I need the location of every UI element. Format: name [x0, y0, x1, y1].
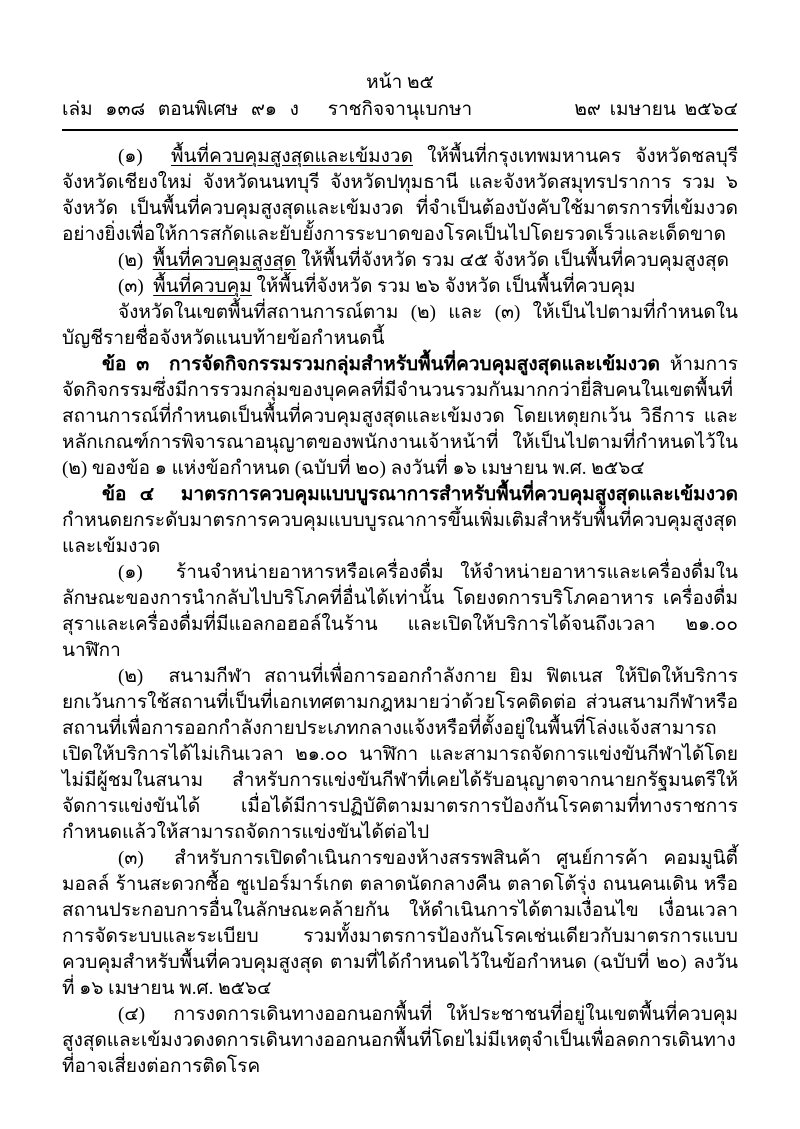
text-run: ให้พื้นที่จังหวัด รวม ๔๕ จังหวัด เป็นพื้… [296, 250, 729, 271]
page: หน้า ๒๕ เล่ม ๑๓๘ ตอนพิเศษ ๙๑ ง ราชกิจจาน… [0, 0, 800, 1129]
document-body: (๑) พื้นที่ควบคุมสูงสุดและเข้มงวด ให้พื้… [62, 144, 738, 1080]
bold-run: ข้อ ๔ มาตรการควบคุมแบบบูรณาการสำหรับพื้น… [102, 484, 738, 505]
para-area-max-control-strict: (๑) พื้นที่ควบคุมสูงสุดและเข้มงวด ให้พื้… [62, 144, 738, 248]
text-run: จังหวัดในเขตพื้นที่สถานการณ์ตาม (๒) และ … [62, 302, 738, 349]
header-row: เล่ม ๑๓๘ ตอนพิเศษ ๙๑ ง ราชกิจจานุเบกษา ๒… [62, 96, 738, 123]
para-clause-4-item-4: (๔) การงดการเดินทางออกนอกพื้นที่ ให้ประช… [62, 1002, 738, 1080]
text-run: ให้พื้นที่จังหวัด รวม ๒๖ จังหวัด เป็นพื้… [252, 276, 636, 297]
text-run: กำหนดยกระดับมาตรการควบคุมแบบบูรณาการขึ้น… [62, 510, 737, 557]
header-rule [62, 129, 738, 131]
para-clause-4-item-2: (๒) สนามกีฬา สถานที่เพื่อการออกกำลังกาย … [62, 664, 738, 846]
text-run: (๔) การงดการเดินทางออกนอกพื้นที่ ให้ประช… [62, 1004, 738, 1077]
para-clause-4-intro: ข้อ ๔ มาตรการควบคุมแบบบูรณาการสำหรับพื้น… [62, 482, 738, 560]
para-clause-4-item-3: (๓) สำหรับการเปิดดำเนินการของห้างสรรพสิน… [62, 846, 738, 1002]
para-area-control: (๓) พื้นที่ควบคุม ให้พื้นที่จังหวัด รวม … [62, 274, 738, 300]
text-run: (๓) สำหรับการเปิดดำเนินการของห้างสรรพสิน… [62, 848, 738, 999]
para-area-max-control: (๒) พื้นที่ควบคุมสูงสุด ให้พื้นที่จังหวั… [62, 248, 738, 274]
text-run: (๒) สนามกีฬา สถานที่เพื่อการออกกำลังกาย … [62, 666, 738, 843]
header-date: ๒๙ เมษายน ๒๕๖๔ [574, 96, 738, 123]
bold-run: ข้อ ๓ การจัดกิจกรรมรวมกลุ่มสำหรับพื้นที่… [102, 354, 660, 375]
text-run: (๓) [118, 276, 153, 297]
para-annex-note: จังหวัดในเขตพื้นที่สถานการณ์ตาม (๒) และ … [62, 300, 738, 352]
para-clause-4-item-1: (๑) ร้านจำหน่ายอาหารหรือเครื่องดื่ม ให้จ… [62, 560, 738, 664]
underlined-run: พื้นที่ควบคุม [153, 276, 252, 297]
text-run: (๒) [118, 250, 153, 271]
text-run: (๑) [118, 146, 171, 167]
underlined-run: พื้นที่ควบคุมสูงสุดและเข้มงวด [171, 146, 413, 167]
underlined-run: พื้นที่ควบคุมสูงสุด [153, 250, 297, 271]
header-page-number: หน้า ๒๕ [62, 70, 738, 96]
gazette-page: { "page": { "width": 800, "height": 1129… [0, 0, 800, 1129]
para-clause-3: ข้อ ๓ การจัดกิจกรรมรวมกลุ่มสำหรับพื้นที่… [62, 352, 738, 482]
page-content: หน้า ๒๕ เล่ม ๑๓๘ ตอนพิเศษ ๙๑ ง ราชกิจจาน… [62, 70, 738, 1080]
text-run: (๑) ร้านจำหน่ายอาหารหรือเครื่องดื่ม ให้จ… [62, 562, 738, 661]
